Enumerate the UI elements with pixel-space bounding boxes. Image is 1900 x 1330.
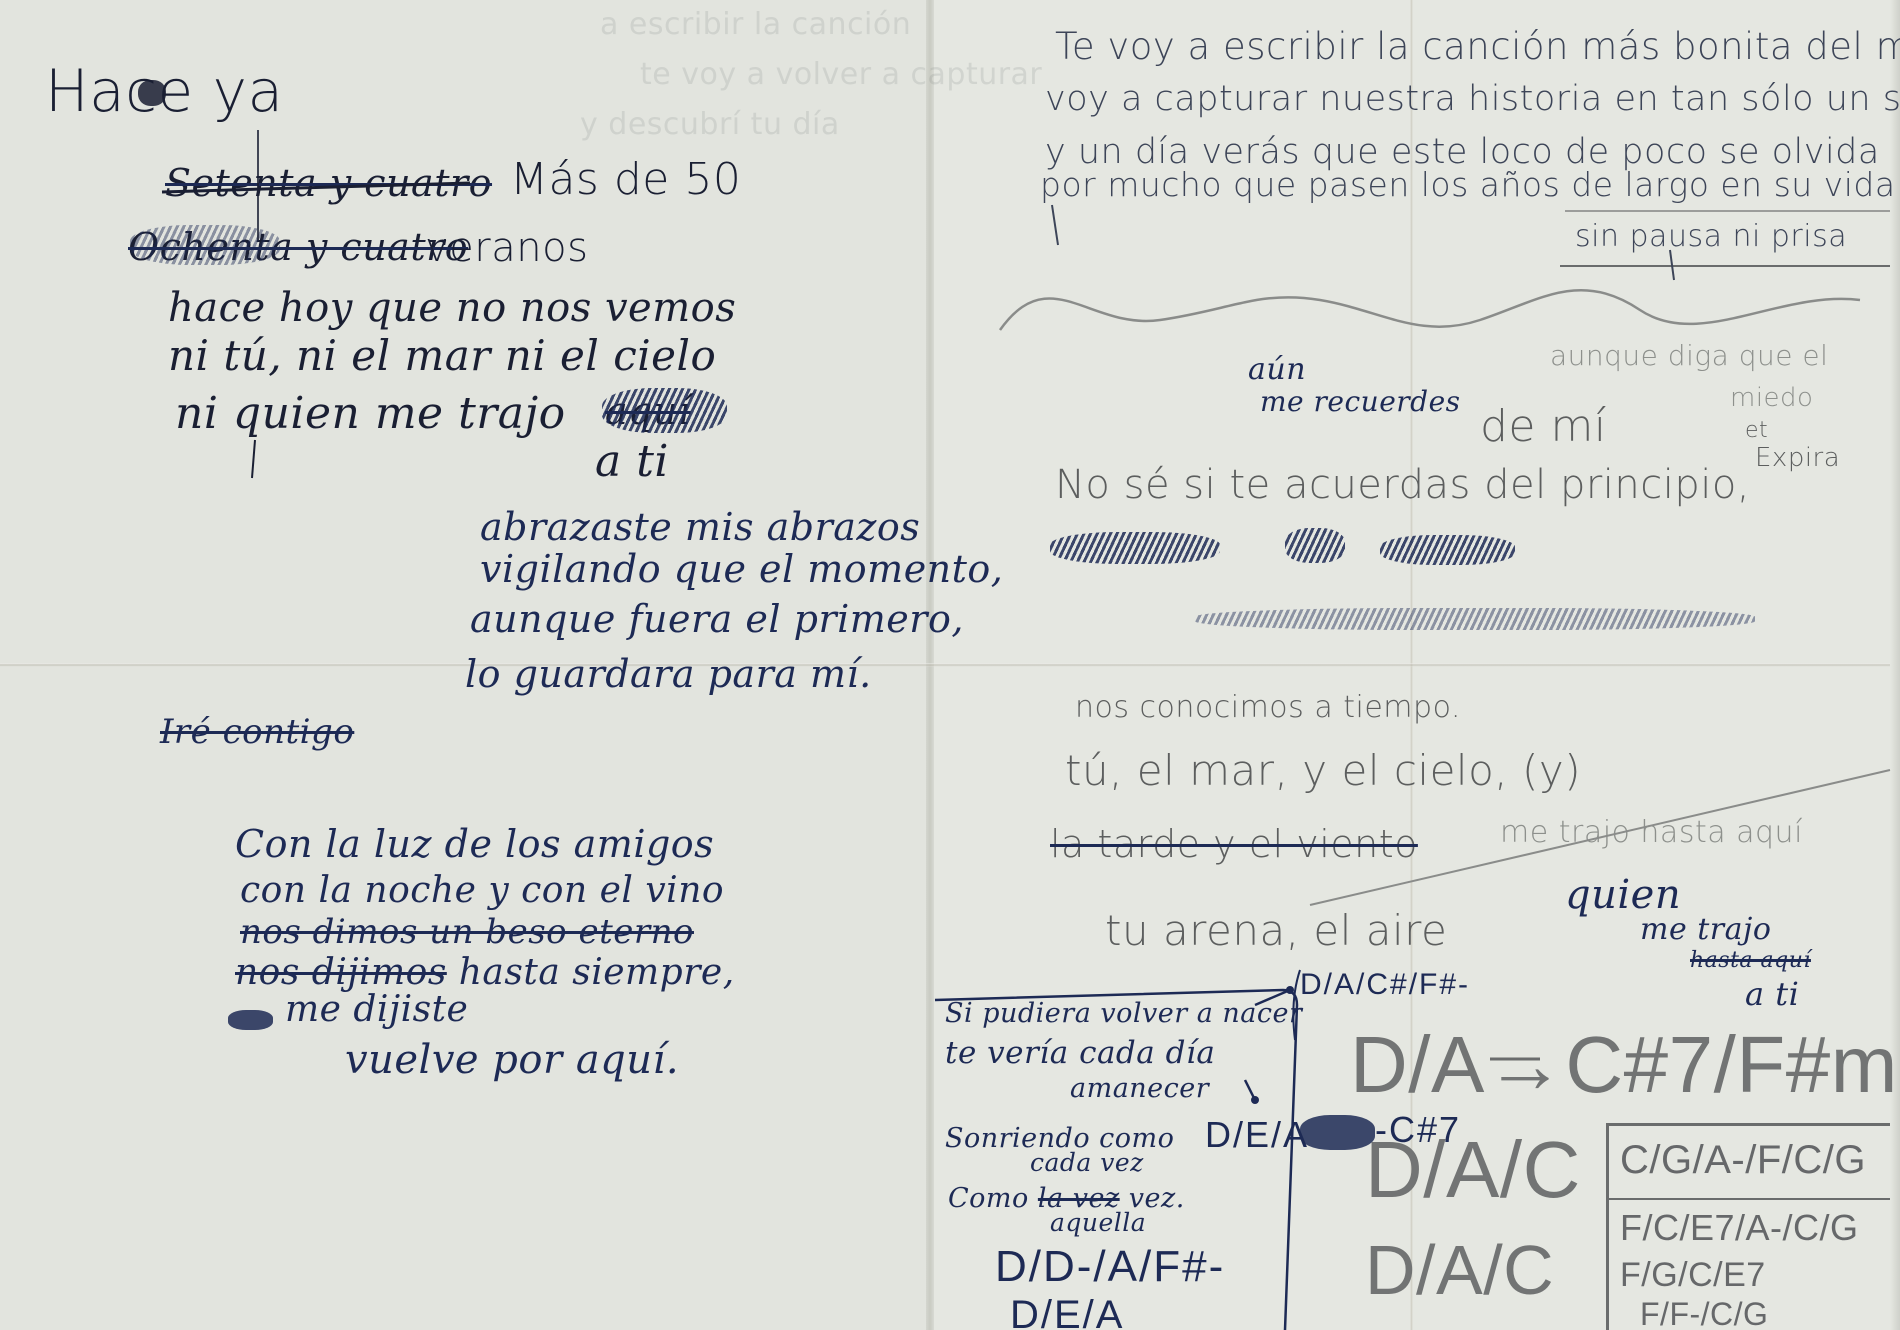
scribble-out — [1380, 535, 1515, 565]
pencil-line: me trajo hasta aquí — [1500, 818, 1803, 848]
lyric-line: Si pudiera volver a nacer — [945, 1000, 1302, 1027]
ink-blot — [1300, 1115, 1375, 1150]
pencil-note: miedo — [1730, 385, 1813, 411]
chord-line: D/E/A — [1010, 1295, 1124, 1330]
chord-table-row: C/G/A-/F/C/G — [1620, 1140, 1866, 1180]
scribble-out — [602, 388, 727, 433]
pencil-chord-line: D/A→C#7/F#m — [1350, 1025, 1898, 1105]
lyric-line: cada vez — [1030, 1150, 1144, 1175]
lyric-line: No sé si te acuerdas del principio, — [1055, 465, 1750, 505]
ink-blot — [138, 80, 166, 106]
chord-table-row: F/C/E7/A-/C/G — [1620, 1210, 1859, 1246]
pencil-chord-line: D/A/C — [1365, 1235, 1554, 1305]
lyric-line: nos conocimos a tiempo. — [1075, 693, 1461, 723]
lyric-line: Te voy a escribir la canción más bonita … — [1055, 28, 1900, 65]
struck-line: nos dimos un beso eterno — [240, 915, 694, 949]
scribble-out — [1285, 528, 1345, 563]
inserted-phrase: a ti — [1745, 978, 1799, 1010]
pencil-chord-line: D/A/C — [1365, 1130, 1581, 1210]
table-divider — [1606, 1198, 1890, 1200]
table-border-left — [1606, 1123, 1609, 1330]
lyric-line: aquella — [1050, 1210, 1146, 1235]
lyric-line: ni tú, ni el mar ni el cielo — [168, 335, 716, 377]
lyric-line: te vería cada día — [945, 1038, 1215, 1069]
scribble-out — [1050, 532, 1220, 564]
underline — [1565, 210, 1890, 212]
chord-line: D/E/A — [1205, 1117, 1309, 1153]
chord-table-row: F/F-/C/G — [1640, 1298, 1768, 1330]
bleed-through-line: te voy a volver a capturar — [640, 60, 1042, 90]
table-border-top — [1606, 1123, 1890, 1126]
bleed-through-line: y descubrí tu día — [580, 110, 840, 140]
inserted-phrase: me recuerdes — [1260, 388, 1461, 416]
ink-blot — [228, 1010, 273, 1030]
chord-table-row: F/G/C/E7 — [1620, 1258, 1766, 1292]
inserted-word: quien — [1565, 875, 1681, 915]
paper-sheet: a escribir la canción te voy a volver a … — [0, 0, 1900, 1330]
pencil-note: et — [1745, 420, 1768, 442]
pencil-note: Expira — [1755, 445, 1840, 471]
lyric-line: Con la luz de los amigos — [235, 825, 714, 863]
struck-phrase: hasta aquí — [1690, 950, 1811, 972]
lyric-line: tu arena, el aire — [1105, 910, 1447, 952]
lyric-line: tú, el mar, y el cielo, (y) — [1065, 750, 1581, 792]
lyric-line: voy a capturar nuestra historia en tan s… — [1045, 82, 1900, 117]
lyric-line: aunque fuera el primero, — [470, 600, 964, 638]
lyric-line: lo guardara para mí. — [465, 655, 872, 693]
lyric-line: vuelve por aquí. — [345, 1040, 679, 1080]
lyric-line: vigilando que el momento, — [480, 550, 1003, 588]
inserted-word: a ti — [595, 440, 669, 484]
scribble-out — [130, 225, 280, 265]
lyric-line: Más de 50 — [510, 158, 741, 202]
lyric-line: amanecer — [1070, 1075, 1209, 1102]
chord-line: D/D-/A/F#- — [995, 1245, 1225, 1289]
bleed-through-line: a escribir la canción — [600, 10, 911, 40]
lyric-line: ni quien me trajo — [175, 392, 566, 436]
chord-line: D/A/C#/F#- — [1300, 970, 1470, 1000]
lyric-line: veranos — [425, 228, 588, 268]
lyric-line: nos dijimos hasta siempre, — [235, 955, 735, 991]
fold-horizontal — [0, 663, 1900, 667]
note: sin pausa ni prisa — [1575, 222, 1847, 252]
struck-heading: Iré contigo — [160, 715, 354, 749]
underline — [1560, 265, 1890, 267]
struck-line: Setenta y cuatro — [165, 164, 492, 202]
lyric-line: me dijiste — [285, 992, 468, 1028]
struck-line: la tarde y el viento — [1050, 825, 1418, 863]
lyric-line: con la noche y con el vino — [240, 873, 724, 909]
lyric-line: hace hoy que no nos vemos — [168, 288, 736, 328]
inserted-word: aún — [1248, 355, 1306, 385]
lyric-line: por mucho que pasen los años de largo en… — [1040, 168, 1896, 201]
inserted-phrase: me trajo — [1640, 915, 1771, 945]
scribble-out — [1195, 608, 1755, 630]
inserted-phrase: de mí — [1480, 405, 1607, 449]
lyric-line: abrazaste mis abrazos — [480, 508, 920, 546]
pencil-note: aunque diga que el — [1550, 342, 1828, 370]
